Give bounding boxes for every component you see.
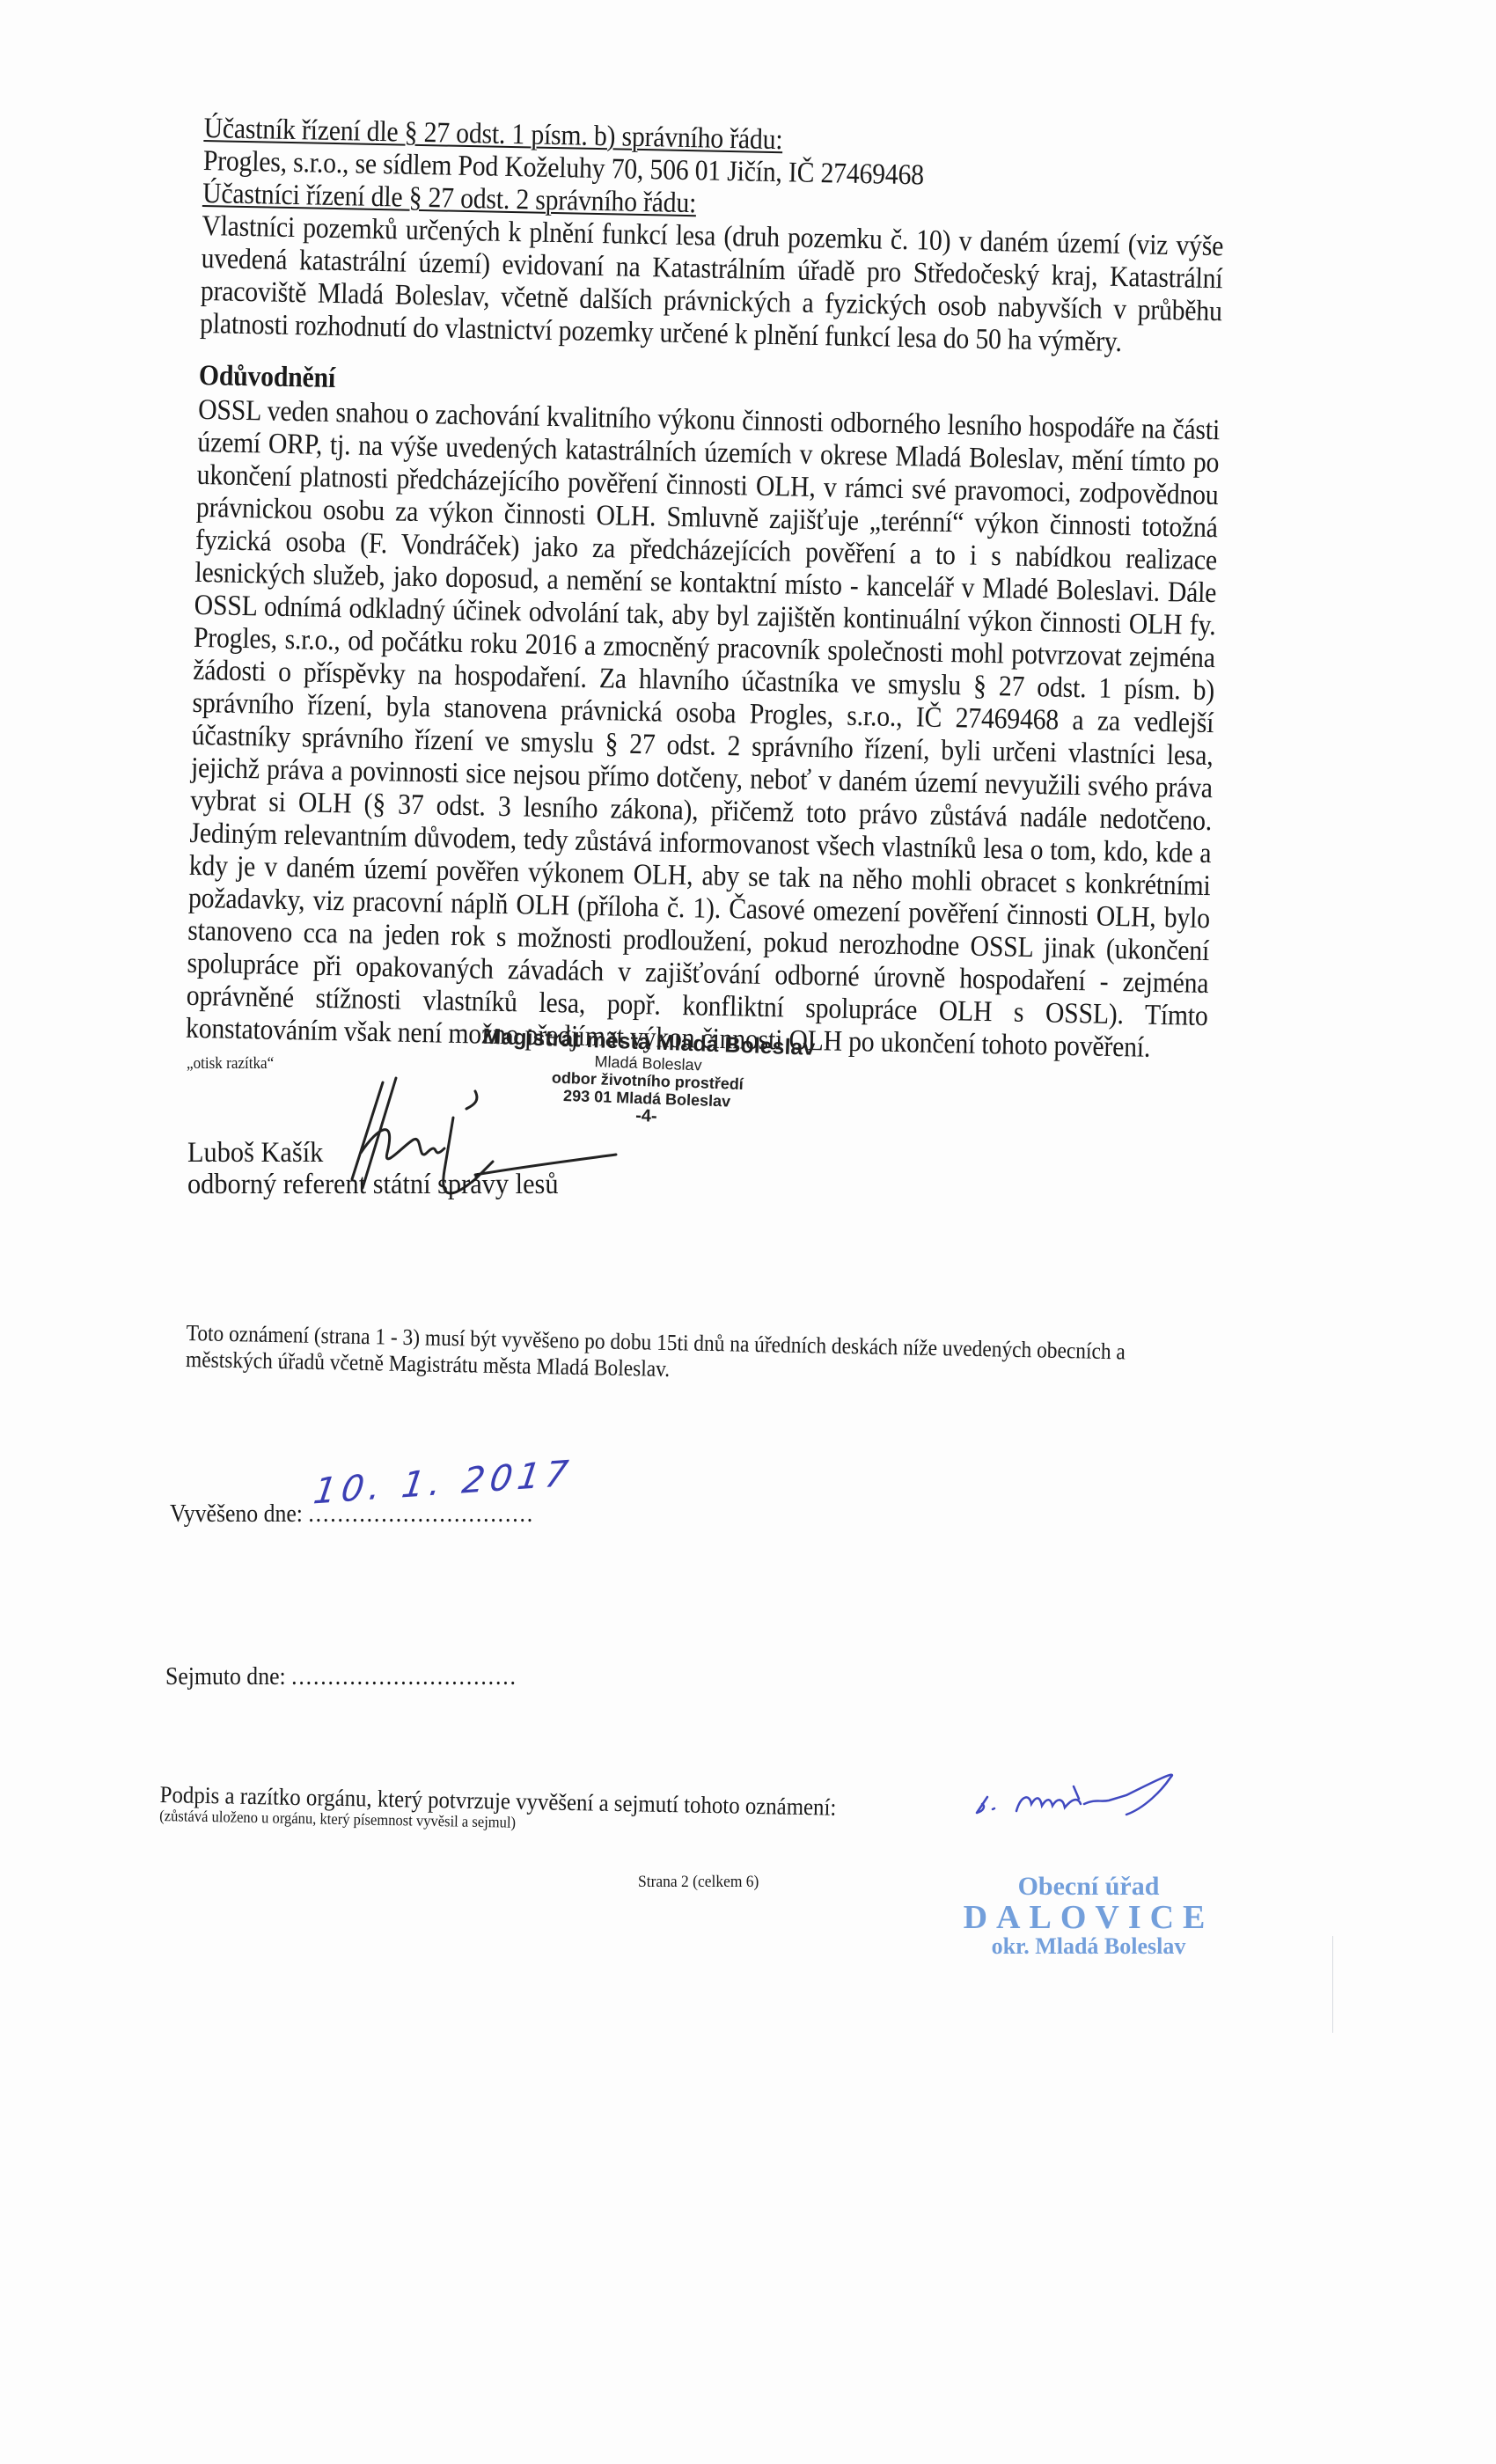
justification-text: OSSL veden snahou o zachování kvalitního… [186, 394, 1221, 1066]
signer-block: Luboš Kašík odborný referent státní sprá… [187, 1137, 559, 1200]
confirmation-block: Podpis a razítko orgánu, který potvrzuje… [159, 1782, 889, 1838]
scanned-document-page: Účastník řízení dle § 27 odst. 1 písm. b… [0, 0, 1496, 2464]
page-number: Strana 2 (celkem 6) [638, 1873, 759, 1892]
signer-title: odborný referent státní správy lesů [187, 1169, 559, 1200]
posted-date-label: Vyvěšeno dne: [170, 1500, 303, 1528]
participants-side-text: Vlastníci pozemků určených k plnění funk… [200, 210, 1224, 361]
municipal-stamp: Obecní úřad DALOVICE okr. Mladá Boleslav [961, 1873, 1216, 1959]
removed-date-field: Sejmuto dne: ...........................… [165, 1663, 517, 1691]
removed-date-dots: ............................... [291, 1663, 517, 1690]
stamp-placeholder-label: „otisk razítka“ [187, 1054, 274, 1074]
municipal-stamp-line2: DALOVICE [961, 1901, 1216, 1934]
municipal-stamp-line3: okr. Mladá Boleslav [961, 1934, 1216, 1959]
document-body: Účastník řízení dle § 27 odst. 1 písm. b… [186, 113, 1226, 1066]
removed-date-label: Sejmuto dne: [165, 1663, 286, 1690]
signer-name: Luboš Kašík [187, 1137, 559, 1169]
municipal-signature-icon [968, 1760, 1214, 1830]
municipal-stamp-line1: Obecní úřad [961, 1873, 1216, 1901]
posting-notice: Toto oznámení (strana 1 - 3) musí být vy… [186, 1320, 1216, 1393]
scan-edge-line [1332, 1936, 1333, 2033]
